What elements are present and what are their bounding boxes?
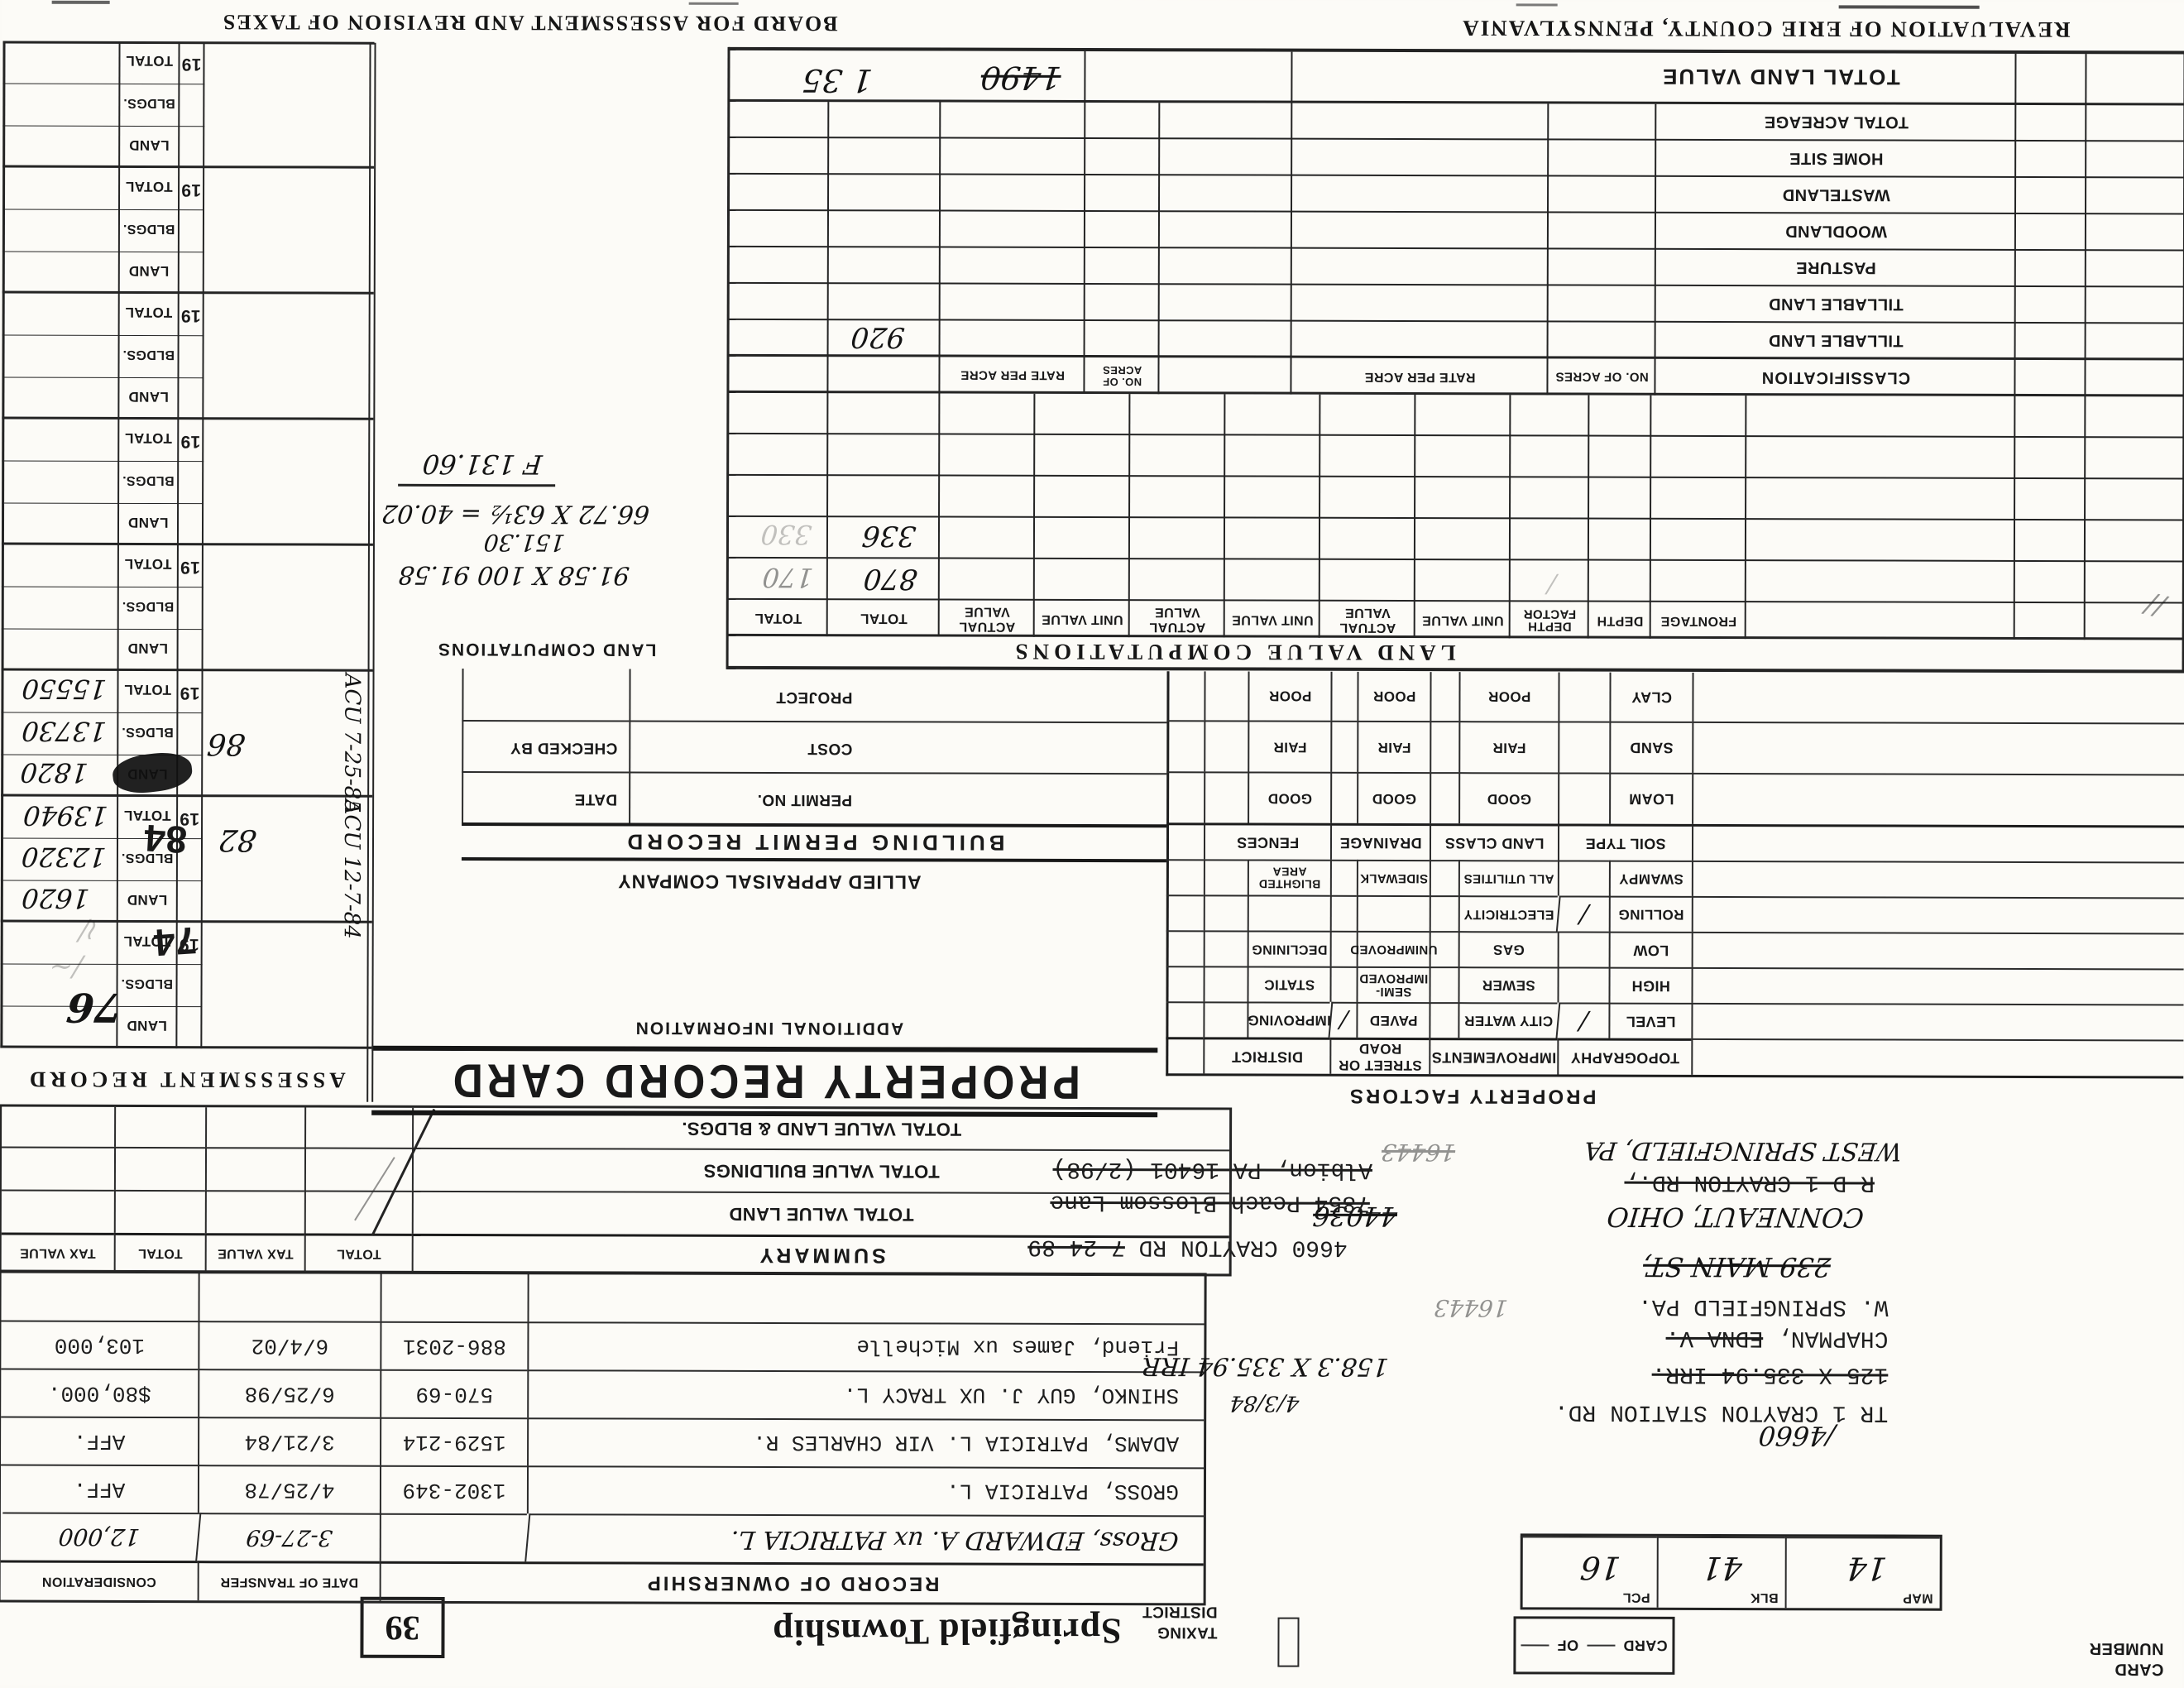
check-cell (1558, 721, 1609, 772)
rule (726, 47, 730, 669)
pcl-label: PCL (1622, 1590, 1650, 1604)
card-number-line1: CARD (2089, 1658, 2163, 1679)
acu-note: ACU 12-7-84 (339, 799, 364, 915)
summary-value (114, 1147, 205, 1190)
rule (727, 516, 2184, 521)
sidewalk-label: SIDEWALK (1357, 860, 1430, 895)
check-cell (1430, 860, 1458, 895)
legal-description: TR 1 CRAYTON STATION RD. (1554, 1398, 1888, 1425)
property-record-card-title: PROPERTY RECORD CARD (449, 1053, 1080, 1110)
bldgs-row-label: BLDGS. (118, 713, 176, 750)
gas-label: GAS (1458, 931, 1558, 966)
blank-cell (1166, 771, 1204, 822)
land-row-label: LAND (119, 504, 177, 540)
good-label: GOOD (1458, 772, 1558, 823)
taxing-line1: TAXING (1142, 1621, 1218, 1642)
blank-cell (1248, 894, 1330, 930)
owner-city: W. SPRINGFIELD PA. (1638, 1293, 1889, 1320)
bldgs-row-label: BLDGS. (120, 210, 178, 247)
land-row-label: LAND (119, 630, 177, 666)
consideration-value: $80,000. (1, 1369, 198, 1417)
scan-noise (1516, 3, 1558, 6)
land-value-1820: 1820 (19, 757, 89, 789)
project-right-cell (462, 669, 629, 721)
blank-cell (1166, 822, 1204, 859)
check-cell (1330, 721, 1357, 772)
depth-header: DEPTH (1591, 604, 1650, 637)
unit-value-header: UNIT VALUE (1227, 602, 1319, 635)
book-page: 886-2031 (380, 1321, 527, 1369)
check-cell (1330, 966, 1357, 1002)
wasteland-row: WASTELAND (1658, 179, 2014, 211)
check-cell (1204, 930, 1248, 966)
handwritten-total: 330 (759, 519, 813, 550)
city-water-label: CITY WATER (1458, 1002, 1557, 1038)
owner-name: GRoss, EDWARD A. ux PATRICIA L. (524, 1513, 1205, 1563)
high-label: HIGH (1609, 967, 1692, 1003)
blank-cell (1692, 722, 2184, 774)
rate-per-acre-header: RATE PER ACRE (1293, 360, 1546, 394)
summary-value (205, 1147, 304, 1190)
static-label: STATIC (1248, 966, 1330, 1001)
rd1-address-struck: R D 1 CRAYTON RD., (1624, 1169, 1875, 1196)
fair-label: FAIR (1458, 721, 1558, 772)
check-cell (1330, 772, 1357, 823)
empty-row (1, 1273, 198, 1321)
rolling-label: ROLLING (1609, 896, 1692, 932)
owner-name: SHINKO, GUY J. UX TRACY L. (527, 1369, 1204, 1419)
year-19-prefix: 19 (180, 305, 200, 325)
check-cell (1204, 894, 1248, 930)
year-19-prefix: 19 (181, 54, 201, 74)
blank-cell (1692, 932, 2184, 969)
transfer-date: 4/25/78 (198, 1465, 380, 1513)
year-19-prefix: 19 (180, 683, 199, 703)
summary-col-taxvalue1: TAX VALUE (205, 1233, 304, 1271)
blank-cell (1692, 773, 2184, 826)
taxing-district-label: TAXING DISTRICT (1142, 1601, 1218, 1642)
land-computation-line: F 131.60 (421, 448, 544, 480)
blk-label: BLK (1751, 1590, 1779, 1604)
illegible-scrawl: ≀∕ (78, 914, 101, 947)
rule (366, 43, 371, 1102)
date-of-transfer-header: DATE OF TRANSFER (198, 1561, 380, 1601)
fair-label: FAIR (1357, 721, 1430, 772)
rule (1, 794, 372, 798)
drainage-header: DRAINAGE (1330, 823, 1430, 860)
total-value-15550: 15550 (21, 674, 108, 705)
transfer-annotation: 4/3/84 (1228, 1390, 1300, 1415)
card-of-blank1 (1587, 1645, 1615, 1647)
all-utilities-label: ALL UTILITIES (1458, 860, 1558, 895)
land-row-label: LAND (120, 127, 178, 163)
woodland-row: WOODLAND (1658, 215, 2014, 247)
summary-row-land: TOTAL VALUE LAND (412, 1191, 1229, 1236)
home-site-row: HOME SITE (1658, 142, 2014, 175)
total-land-value-label: TOTAL LAND VALUE (1573, 55, 1987, 100)
rule (2, 165, 374, 169)
street-or-road-header: STREET OR ROAD (1329, 1038, 1429, 1074)
blk-value: 41 (1700, 1550, 1743, 1586)
blk-box: BLK 41 (1657, 1537, 1785, 1608)
actual-value-header: ACTUAL VALUE (1322, 603, 1414, 636)
revaluation-footer: REVALUATION OF ERIE COUNTY, PENNSYLVANIA (1461, 15, 2070, 42)
check-cell (1430, 772, 1458, 823)
bldgs-row-label: BLDGS. (120, 84, 178, 121)
card-number-line2: NUMBER (2089, 1638, 2163, 1658)
no-of-acres-header: NO. OF ACRES (1086, 359, 1157, 392)
soil-type-header: SOIL TYPE (1558, 823, 1692, 860)
total-row-label: TOTAL (120, 42, 178, 79)
consideration-value: AFF. (1, 1417, 198, 1465)
card-of-box: CARD OF (1513, 1616, 1674, 1675)
transfer-date: 6/25/98 (198, 1369, 380, 1417)
rule (2084, 54, 2087, 640)
book-page: 570-69 (380, 1369, 527, 1417)
project-label: PROJECT (629, 669, 1166, 722)
rule (2, 669, 373, 672)
check-mark: ∕ (1329, 1002, 1358, 1038)
ownership-table: RECORD OF OWNERSHIP DATE OF TRANSFER CON… (0, 1270, 1207, 1606)
land-row-label: LAND (120, 252, 178, 289)
empty-row (198, 1273, 380, 1321)
check-mark: ∕ (1556, 895, 1611, 931)
check-cell (1203, 1001, 1247, 1037)
handwritten-total: 920 (850, 320, 907, 353)
land-computation-line: 91.58 X 100 91.58 (397, 560, 630, 590)
empty-row (380, 1273, 527, 1321)
bldgs-value-13730: 13730 (21, 716, 108, 747)
book-page: 1529-214 (380, 1417, 527, 1465)
total-header: TOTAL (830, 602, 938, 635)
land-row-label: LAND (117, 1007, 175, 1043)
rule (371, 43, 376, 1102)
pcl-value: 16 (1578, 1550, 1621, 1586)
map-box: MAP 14 (1785, 1537, 1940, 1608)
year-82-handwritten: 82 (217, 822, 258, 856)
district-header: DISTRICT (1203, 1037, 1329, 1073)
book-page: 1302-349 (380, 1465, 527, 1513)
semi-improved-label: SEMI-IMPROVED (1357, 966, 1430, 1002)
land-value-1620: 1620 (21, 883, 91, 914)
level-label: LEVEL (1608, 1003, 1691, 1038)
year-84-stamp: 84 (143, 816, 189, 863)
bldgs-row-label: BLDGS. (119, 587, 177, 624)
blank-cell (1691, 1003, 2183, 1040)
summary-col-taxvalue2: TAX VALUE (2, 1233, 114, 1271)
fair-label: FAIR (1248, 720, 1330, 771)
total-row-label: TOTAL (119, 545, 177, 582)
transfer-date: 3/21/84 (198, 1417, 380, 1465)
unit-value-header: UNIT VALUE (1037, 602, 1128, 635)
rule (2, 291, 374, 295)
summary-value (205, 1190, 304, 1233)
transfer-date: 6/4/02 (198, 1321, 380, 1369)
year-76-handwritten: 76 (65, 984, 124, 1030)
pasture-row: PASTURE (1658, 252, 2014, 284)
map-blk-pcl-boxes: MAP 14 BLK 41 PCL 16 (1521, 1533, 1942, 1610)
blank-cell (1166, 966, 1204, 1001)
year-19-prefix: 19 (180, 557, 200, 577)
bldgs-row-label: BLDGS. (119, 336, 177, 372)
check-cell (1330, 672, 1357, 721)
check-cell (1430, 721, 1458, 772)
rule (0, 1046, 371, 1049)
prior-owner-surname: CHAPMAN, (1777, 1325, 1889, 1350)
blank-cell (1166, 1001, 1203, 1037)
check-cell (1558, 772, 1609, 823)
unimproved-label: UNIMPROVED (1357, 931, 1430, 966)
land-computations-title: LAND COMPUTATIONS (373, 635, 721, 663)
board-footer: BOARD FOR ASSESSMENT AND REVISION OF TAX… (222, 9, 838, 36)
pen-underline (398, 484, 555, 487)
summary-col-total2: TOTAL (114, 1233, 205, 1271)
improving-label: IMPROVING (1247, 1001, 1329, 1037)
lot-dimensions-old: 125 X 335.94 IRR. (1652, 1361, 1889, 1388)
page-number-box: 39 (360, 1597, 444, 1658)
blank-cell (1166, 859, 1204, 894)
building-permit-title: BUILDING PERMIT RECORD (623, 829, 1004, 856)
property-record-card: CARD NUMBER MAP 14 BLK 41 PCL 16 CARD OF… (0, 0, 2184, 1688)
tillable-land-row: TILLABLE LAND (1658, 288, 2014, 320)
land-row-label: LAND (119, 378, 177, 415)
year-74-stamp: 74 (152, 918, 198, 965)
classification-header: CLASSIFICATION (1657, 361, 2014, 395)
building-permit-table: PERMIT NO. DATE COST CHECKED BY PROJECT (462, 669, 1166, 824)
prior-owner: CHAPMAN, EDNA V. (1666, 1325, 1889, 1351)
main-title-bar: PROPERTY RECORD CARD (371, 1046, 1157, 1117)
poor-label: POOR (1458, 672, 1558, 721)
map-label: MAP (1903, 1590, 1933, 1605)
card-of-blank2 (1521, 1644, 1549, 1646)
date-label: DATE (462, 771, 629, 823)
prior-owner-given-struck: EDNA V. (1666, 1325, 1764, 1350)
poor-label: POOR (1357, 672, 1430, 721)
scan-noise (689, 2, 739, 5)
paved-label: PAVED (1356, 1002, 1429, 1038)
illegible-scrawl: ∕∕ (2142, 587, 2168, 623)
old-street-struck: 239 MAIN ST, (1641, 1251, 1832, 1283)
permit-no-label: PERMIT NO. (629, 772, 1166, 825)
year-86-handwritten: 86 (206, 727, 247, 760)
summary-col-total1: TOTAL (304, 1234, 412, 1272)
depth-factor-header: DEPTH FACTOR (1512, 603, 1588, 636)
card-number-label: CARD NUMBER (2089, 1638, 2163, 1679)
check-cell (1430, 672, 1458, 721)
blank-cell (1692, 861, 2184, 898)
check-mark: ∕ (1556, 1002, 1611, 1038)
consideration-value: AFF. (1, 1465, 198, 1513)
check-cell (1430, 966, 1458, 1002)
illegible-scrawl: ∕~ (48, 951, 84, 984)
declining-label: DECLINING (1248, 930, 1330, 966)
improvements-header: IMPROVEMENTS (1429, 1038, 1557, 1074)
scanned-sheet: CARD NUMBER MAP 14 BLK 41 PCL 16 CARD OF… (0, 0, 2184, 1688)
zip-handwritten: 16443 (1433, 1294, 1509, 1321)
consideration-value: 103,000 (1, 1321, 198, 1369)
handwritten-total: 336 (860, 519, 917, 552)
summary-value (2, 1190, 114, 1233)
small-box (1277, 1618, 1299, 1667)
ownership-title: RECORD OF OWNERSHIP (380, 1561, 1204, 1604)
empty-row (527, 1273, 1204, 1323)
good-label: GOOD (1357, 772, 1430, 823)
check-cell (1558, 931, 1609, 966)
zip2-handwritten: 16443 (1380, 1139, 1456, 1166)
property-factors-title: PROPERTY FACTORS (1224, 1081, 1720, 1110)
owner-name: ADAMS, PATRICIA L. VIR CHARLES R. (527, 1417, 1204, 1467)
bldgs-row-label: BLDGS. (117, 965, 175, 1001)
check-cell (1330, 895, 1357, 931)
fences-header: FENCES (1204, 822, 1330, 859)
check-cell (1429, 1002, 1458, 1038)
map-value: 14 (1845, 1550, 1888, 1586)
year-19-prefix: 19 (180, 431, 200, 451)
scan-noise (52, 1, 110, 4)
card-of-card-label: CARD (1623, 1637, 1668, 1654)
good-label: GOOD (1248, 771, 1330, 822)
blank-cell (1357, 895, 1430, 931)
card-of-of-label: OF (1557, 1637, 1578, 1654)
acu-note: ACU 7-25-85 (339, 674, 364, 789)
blank-cell (1692, 967, 2184, 1005)
actual-value-header: ACTUAL VALUE (1132, 602, 1224, 635)
bldgs-row-label: BLDGS. (119, 462, 177, 498)
blank-cell (1166, 1037, 1203, 1073)
check-cell (1204, 859, 1248, 894)
total-row-label: TOTAL (120, 168, 178, 204)
rule (2, 543, 373, 546)
rule (727, 474, 2184, 480)
total-row-label: TOTAL (120, 294, 178, 330)
scan-noise (1839, 5, 1980, 8)
transfer-date: 3-27-69 (195, 1513, 381, 1561)
rule (728, 99, 2184, 106)
blank-cell (1692, 896, 2184, 933)
summary-value (205, 1107, 304, 1147)
rule (727, 433, 2184, 439)
total-value-13940: 13940 (22, 800, 109, 832)
blank-cell (1692, 824, 2184, 862)
rule (729, 47, 2184, 55)
low-label: LOW (1609, 932, 1692, 967)
assessment-record-title: ASSESSMENT RECORD (0, 1063, 371, 1097)
summary-value (114, 1190, 205, 1233)
handwritten-total: 1 35 (801, 62, 874, 98)
building-permit-bar: BUILDING PERMIT RECORD (462, 822, 1166, 862)
total-row-label: TOTAL (118, 671, 176, 707)
loam-label: LOAM (1609, 773, 1692, 824)
summary-value (2, 1107, 114, 1147)
summary-value (114, 1107, 205, 1147)
check-cell (1558, 860, 1609, 895)
illegible-scrawl: ∕ (1546, 569, 1557, 598)
check-cell (1204, 771, 1248, 822)
check-cell (1430, 895, 1458, 931)
year-19-prefix: 19 (181, 180, 201, 199)
pcl-box: PCL 16 (1521, 1536, 1657, 1607)
owner-name: GROSS, PATRICIA L. (527, 1465, 1204, 1515)
sewer-label: SEWER (1458, 966, 1558, 1002)
land-value-computations-title: LAND VALUE COMPUTATIONS (861, 636, 1606, 668)
summary-value (2, 1147, 114, 1190)
topography-header: TOPOGRAPHY (1557, 1038, 1691, 1074)
blank-cell (1166, 671, 1204, 720)
check-cell (1558, 672, 1609, 721)
summary-title: SUMMARY (412, 1234, 1229, 1274)
blank-cell (1691, 1038, 2183, 1077)
rule (727, 557, 2184, 563)
owner-name: Friend, James ux Michelle (527, 1321, 1204, 1371)
land-row-label: LAND (118, 881, 176, 918)
poor-label: POOR (1248, 671, 1330, 720)
consideration-header: CONSIDERATION (1, 1561, 198, 1601)
consideration-value: 12,000 (0, 1513, 199, 1561)
summary-row-buildings: TOTAL VALUE BUILDINGS (412, 1148, 1229, 1193)
total-acreage-row: TOTAL ACREAGE (1658, 106, 2014, 138)
rule (1290, 52, 1292, 395)
actual-value-header: ACTUAL VALUE (941, 602, 1033, 635)
land-computation-line: 151.30 (482, 529, 566, 556)
summary-table: SUMMARY TOTAL TAX VALUE TOTAL TAX VALUE … (0, 1105, 1232, 1277)
handwritten-total-struck: 1490 (979, 60, 1063, 96)
no-of-acres-header: NO. OF ACRES (1549, 360, 1654, 393)
additional-information-label: ADDITIONAL INFORMATION (371, 1014, 1166, 1042)
check-cell (1204, 671, 1248, 720)
rule (2, 417, 373, 420)
sand-label: SAND (1609, 722, 1692, 773)
blighted-area-label: BLIGHTED AREA (1248, 859, 1330, 894)
blank-cell (1166, 720, 1204, 771)
swampy-label: SWAMPY (1609, 861, 1692, 896)
cost-label: COST (629, 721, 1166, 774)
check-cell (1204, 966, 1248, 1001)
land-computation-line: 66.72 X 63½ = 40.02 (381, 499, 651, 529)
check-cell (1204, 720, 1248, 771)
checked-by-label: CHECKED BY (462, 720, 629, 772)
lot-dimensions-new: 158.3 X 335.94 IRR (1141, 1351, 1390, 1381)
rule (1083, 51, 1085, 394)
total-header: TOTAL (730, 602, 826, 635)
township-stamp: Springfield Township (772, 1610, 1122, 1654)
bldgs-value-12320: 12320 (20, 842, 107, 873)
blank-cell (1166, 930, 1204, 966)
clay-label: CLAY (1609, 673, 1692, 722)
tillable-land-row: TILLABLE LAND (1658, 324, 2014, 357)
handwritten-total: 170 (761, 562, 815, 593)
allied-appraisal-label: ALLIED APPRAISAL COMPANY (372, 869, 1166, 896)
rate-per-acre-header: RATE PER ACRE (941, 359, 1083, 392)
book-page (380, 1513, 527, 1561)
land-class-header: LAND CLASS (1430, 823, 1558, 860)
handwritten-total: 870 (862, 562, 919, 595)
check-cell (1330, 860, 1357, 895)
total-row-label: TOTAL (119, 420, 177, 456)
frontage-header: FRONTAGE (1653, 604, 1745, 637)
property-factors-table: TOPOGRAPHY IMPROVEMENTS STREET OR ROAD D… (1166, 671, 2184, 1078)
electricity-label: ELECTRICITY (1458, 895, 1558, 931)
west-springfield-handwritten: WEST SPRINGFIELD, PA (1583, 1136, 1904, 1166)
blank-cell (1692, 673, 2184, 723)
check-cell (1330, 931, 1357, 966)
rule (3, 41, 375, 45)
check-cell (1558, 966, 1609, 1002)
old-city-handwritten: CONNEAUT, OHIO (1606, 1201, 1865, 1234)
blank-cell (1166, 894, 1204, 930)
unit-value-header: UNIT VALUE (1417, 603, 1509, 636)
